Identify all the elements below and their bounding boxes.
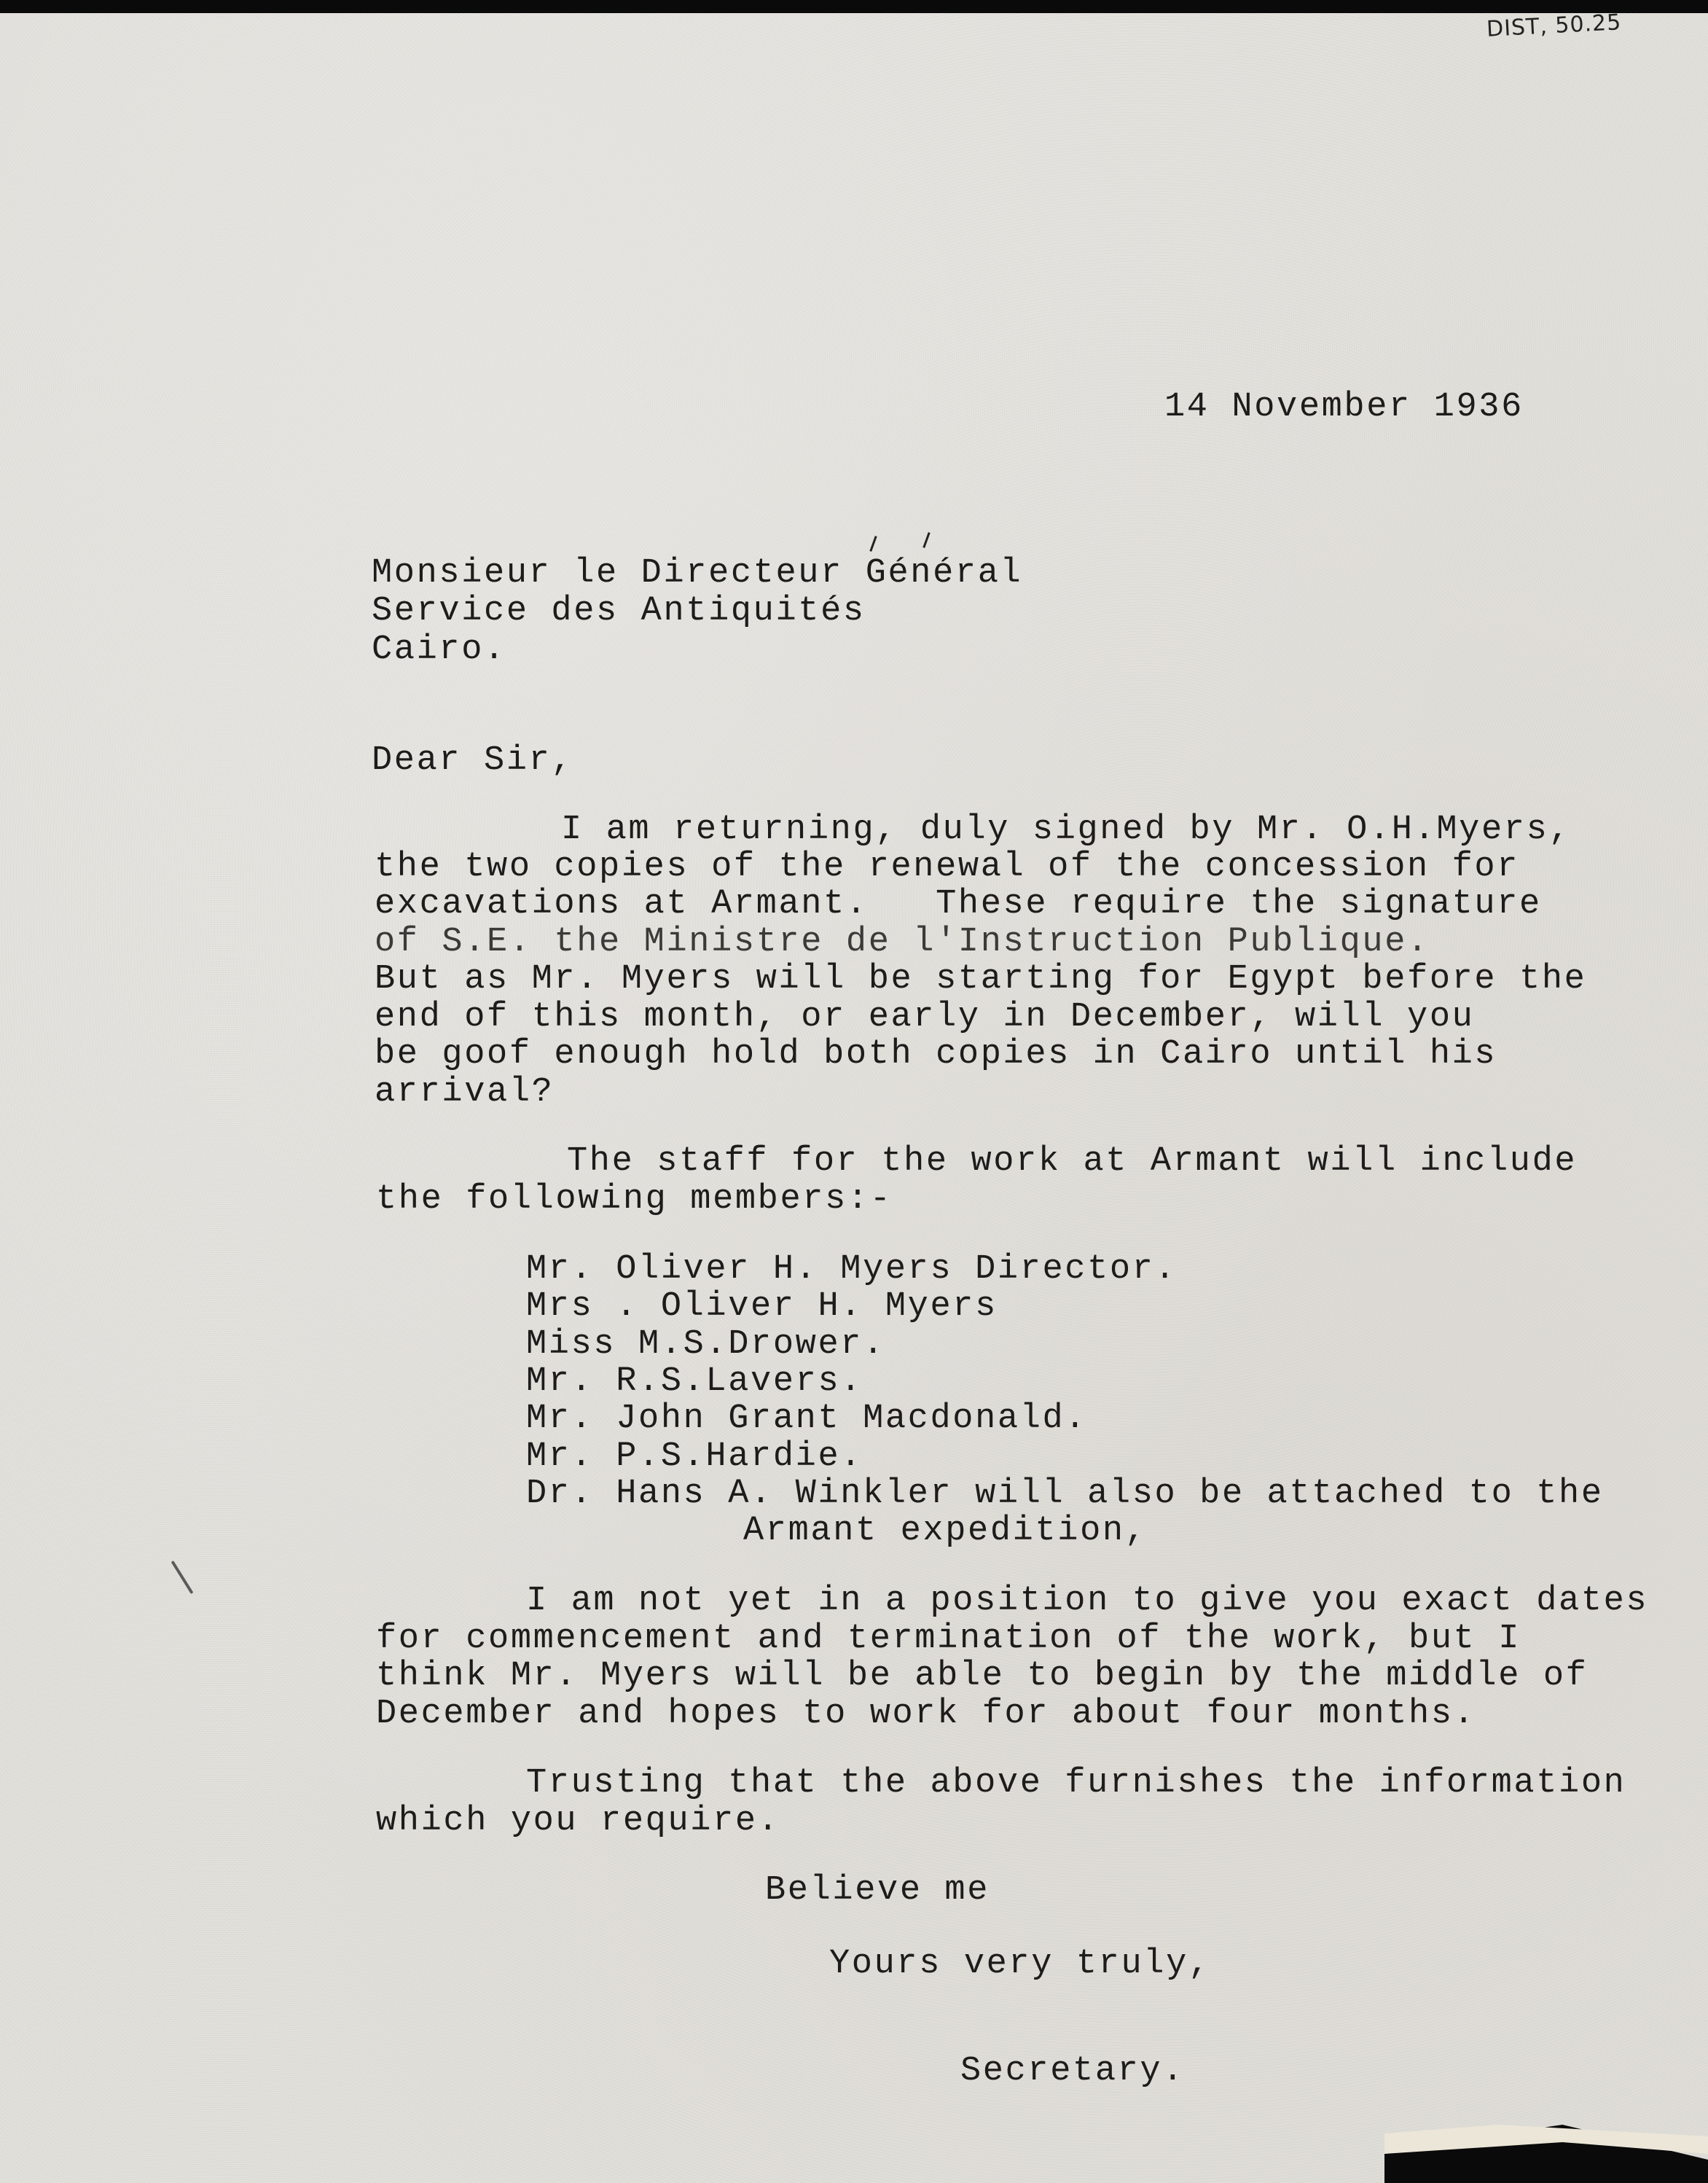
recipient-line: Service des Antiquités [372, 594, 866, 628]
stray-pencil-mark [171, 1561, 194, 1594]
staff-list-item: Dr. Hans A. Winkler will also be attache… [526, 1477, 1604, 1511]
paragraph-line: The staff for the work at Armant will in… [567, 1144, 1577, 1179]
recipient-line: Cairo. [372, 633, 506, 667]
staff-list-item: Mr. Oliver H. Myers Director. [526, 1252, 1177, 1286]
letter-date: 14 November 1936 [1164, 390, 1524, 424]
paragraph-line: I am returning, duly signed by Mr. O.H.M… [561, 813, 1571, 847]
paragraph-line: be goof enough hold both copies in Cairo… [375, 1037, 1497, 1071]
closing-line: Yours very truly, [829, 1947, 1211, 1981]
paragraph-line: end of this month, or early in December,… [375, 1000, 1474, 1034]
staff-list-item: Miss M.S.Drower. [526, 1327, 885, 1362]
staff-list-item: Mr. John Grant Macdonald. [526, 1402, 1087, 1436]
handwritten-accent-mark [869, 536, 877, 552]
recipient-line: Monsieur le Directeur Général [372, 556, 1022, 590]
paragraph-line: the following members:- [376, 1182, 893, 1217]
closing-line: Believe me [765, 1873, 990, 1907]
salutation: Dear Sir, [372, 743, 573, 778]
paragraph-line: I am not yet in a position to give you e… [526, 1584, 1648, 1618]
paragraph-line: the two copies of the renewal of the con… [375, 850, 1519, 884]
paragraph-line: for commencement and termination of the … [376, 1622, 1521, 1656]
staff-list-item: Mrs . Oliver H. Myers [526, 1289, 998, 1324]
paragraph-line: December and hopes to work for about fou… [376, 1697, 1476, 1731]
paragraph-line: But as Mr. Myers will be starting for Eg… [375, 962, 1586, 996]
staff-list-item: Armant expedition, [743, 1514, 1147, 1548]
paragraph-line: arrival? [375, 1075, 554, 1109]
archive-reference-handwritten: DIST, 50.25 [1486, 9, 1622, 42]
paragraph-line: which you require. [376, 1804, 780, 1838]
paragraph-line: Trusting that the above furnishes the in… [526, 1766, 1626, 1800]
letter-paper: DIST, 50.25 14 November 1936 Monsieur le… [0, 13, 1708, 2183]
paragraph-line: think Mr. Myers will be able to begin by… [376, 1659, 1588, 1693]
paragraph-line: excavations at Armant. These require the… [375, 887, 1542, 921]
staff-list-item: Mr. P.S.Hardie. [526, 1440, 863, 1474]
signature-title: Secretary. [960, 2054, 1185, 2088]
handwritten-accent-mark [922, 532, 930, 548]
staff-list-item: Mr. R.S.Lavers. [526, 1364, 863, 1399]
paragraph-line: of S.E. the Ministre de l'Instruction Pu… [375, 925, 1430, 959]
